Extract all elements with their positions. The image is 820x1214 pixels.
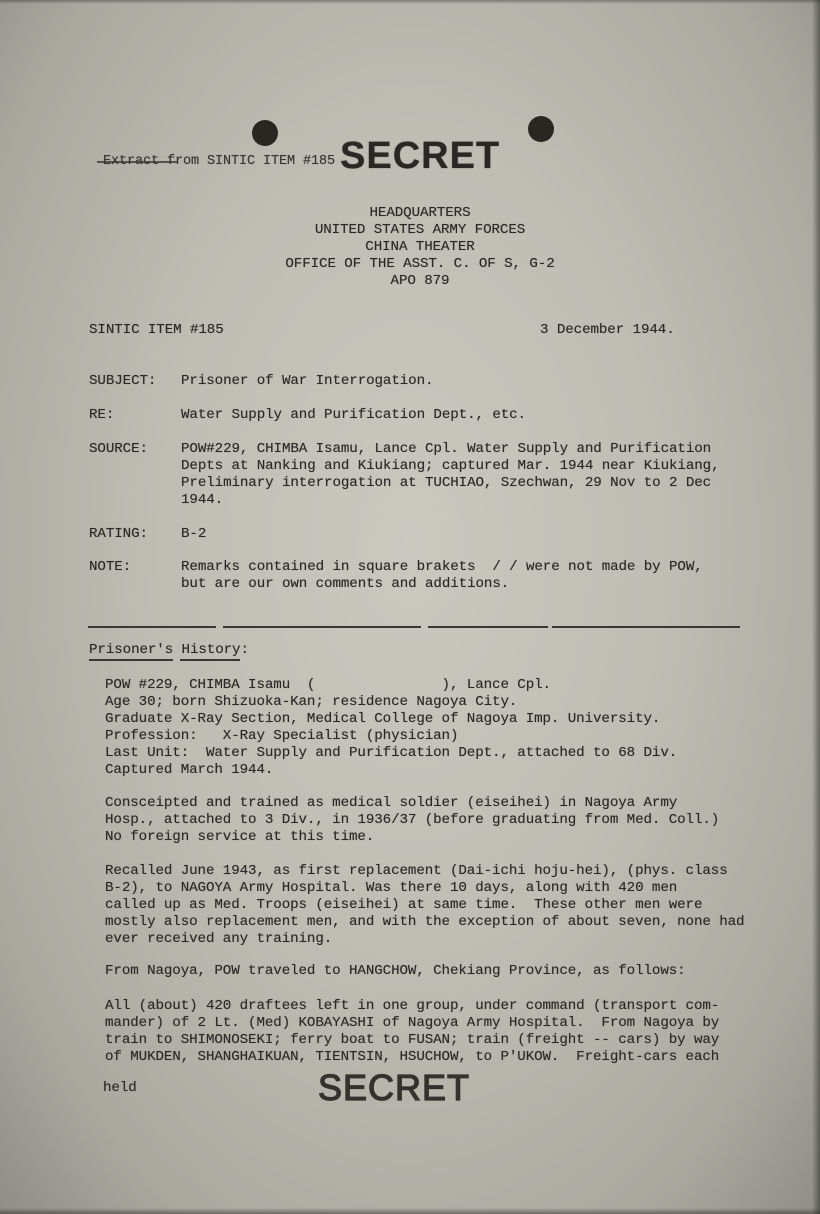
rating-label: RATING:: [89, 526, 148, 543]
page-end-word: held: [103, 1080, 137, 1097]
separator-rule: [552, 626, 740, 628]
source-line: Preliminary interrogation at TUCHIAO, Sz…: [181, 475, 711, 492]
history-line: All (about) 420 draftees left in one gro…: [105, 998, 719, 1015]
history-line: Consceipted and trained as medical soldi…: [105, 795, 677, 812]
separator-rule: [223, 626, 421, 628]
history-heading: Prisoner's History:: [89, 642, 249, 659]
document-page: Extract from SINTIC ITEM #185 SECRET HEA…: [0, 0, 820, 1214]
rating-value: B-2: [181, 526, 206, 543]
classification-stamp-bottom: SECRET: [318, 1068, 470, 1108]
history-line: mostly also replacement men, and with th…: [105, 914, 744, 931]
history-line: B-2), to NAGOYA Army Hospital. Was there…: [105, 880, 677, 897]
letterhead-line: CHINA THEATER: [270, 239, 570, 256]
letterhead-line: APO 879: [270, 273, 570, 290]
history-line: called up as Med. Troops (eiseihei) at s…: [105, 897, 702, 914]
history-line: Captured March 1944.: [105, 762, 273, 779]
history-line: ever received any training.: [105, 931, 332, 948]
source-label: SOURCE:: [89, 441, 148, 458]
subject-label: SUBJECT:: [89, 373, 156, 390]
source-line: POW#229, CHIMBA Isamu, Lance Cpl. Water …: [181, 441, 711, 458]
document-date: 3 December 1944.: [540, 322, 675, 339]
item-number: SINTIC ITEM #185: [89, 322, 224, 339]
page-edge-right: [812, 0, 820, 1214]
punch-hole-icon: [252, 120, 278, 146]
history-line: Hosp., attached to 3 Div., in 1936/37 (b…: [105, 812, 719, 829]
separator-rule: [88, 626, 216, 628]
letterhead-line: HEADQUARTERS: [270, 205, 570, 222]
history-line: Last Unit: Water Supply and Purification…: [105, 745, 677, 762]
history-line: From Nagoya, POW traveled to HANGCHOW, C…: [105, 963, 686, 980]
history-line: of MUKDEN, SHANGHAIKUAN, TIENTSIN, HSUCH…: [105, 1049, 719, 1066]
history-line: Recalled June 1943, as first replacement…: [105, 863, 728, 880]
page-edge-top: [0, 0, 820, 4]
source-line: Depts at Nanking and Kiukiang; captured …: [181, 458, 720, 475]
note-line: Remarks contained in square brakets / / …: [181, 559, 703, 576]
re-label: RE:: [89, 407, 114, 424]
punch-hole-icon: [528, 116, 554, 142]
history-line: Age 30; born Shizuoka-Kan; residence Nag…: [105, 694, 517, 711]
history-line: No foreign service at this time.: [105, 829, 374, 846]
history-line: mander) of 2 Lt. (Med) KOBAYASHI of Nago…: [105, 1015, 719, 1032]
history-line: POW #229, CHIMBA Isamu ( ), Lance Cpl.: [105, 677, 551, 694]
history-line: Graduate X-Ray Section, Medical College …: [105, 711, 660, 728]
history-line: Profession: X-Ray Specialist (physician): [105, 728, 458, 745]
heading-underline: [180, 659, 240, 661]
extract-line: Extract from SINTIC ITEM #185: [103, 153, 335, 170]
heading-underline: [89, 659, 173, 661]
subject-value: Prisoner of War Interrogation.: [181, 373, 433, 390]
separator-rule: [428, 626, 548, 628]
history-line: train to SHIMONOSEKI; ferry boat to FUSA…: [105, 1032, 719, 1049]
re-value: Water Supply and Purification Dept., etc…: [181, 407, 526, 424]
classification-stamp-top: SECRET: [340, 134, 500, 178]
letterhead-line: OFFICE OF THE ASST. C. OF S, G-2: [270, 256, 570, 273]
source-line: 1944.: [181, 492, 223, 509]
letterhead-line: UNITED STATES ARMY FORCES: [270, 222, 570, 239]
note-line: but are our own comments and additions.: [181, 576, 509, 593]
page-edge-bottom: [0, 1208, 820, 1214]
note-label: NOTE:: [89, 559, 131, 576]
